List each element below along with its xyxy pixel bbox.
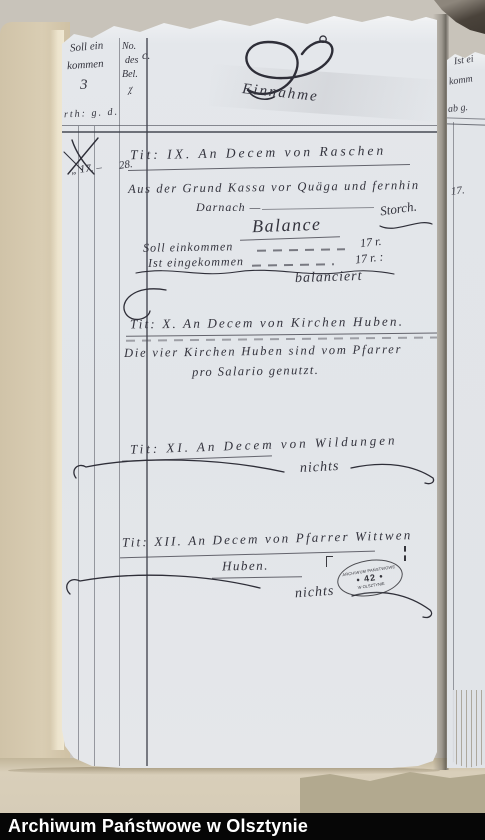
balance-underline — [240, 236, 340, 240]
balance-row-label: Soll einkommen — [143, 240, 234, 254]
calligraphic-flourish-icon — [202, 30, 352, 114]
signature-flourish-icon — [376, 214, 436, 234]
next-page-sliver: Ist ei komm ab g. 17. — [447, 50, 485, 768]
section-heading-tit10: Tit: X. An Decem von Kirchen Huben. — [130, 315, 404, 331]
ledger-col2-label: des — [125, 56, 138, 66]
deckle-edge — [50, 30, 64, 750]
fill-rule-line — [262, 207, 374, 210]
archive-caption-bar: Archiwum Państwowe w Olsztynie — [0, 813, 485, 840]
tit12-note: nichts — [295, 585, 335, 602]
ruled-line — [78, 126, 79, 766]
ruled-line — [447, 117, 485, 119]
ledger-col2-label: No. — [122, 42, 136, 52]
next-page-fragment: ab g. — [448, 103, 469, 115]
ledger-col1-mark: 3 — [80, 78, 88, 93]
archive-caption-text: Archiwum Państwowe w Olsztynie — [8, 816, 308, 836]
ledger-col1-units: rth: g. d. — [64, 108, 119, 121]
tit9-body-line: Aus der Grund Kassa vor Quäga und fernhi… — [128, 179, 420, 196]
swash-flourish-icon — [62, 566, 264, 602]
ruled-line — [62, 125, 437, 126]
section-heading-tit12: Tit: XII. An Decem von Pfarrer Wittwen — [122, 528, 413, 549]
corner-note: c. — [142, 49, 150, 61]
fill-dashes — [257, 248, 345, 252]
section-heading-tit11: Tit: XI. An Decem von Wildungen — [130, 433, 398, 455]
stacked-page-edges — [452, 690, 485, 768]
heading-underline — [128, 164, 410, 171]
balance-row-amount: 17 r. — [359, 235, 381, 249]
heading-underline-dashed — [126, 336, 456, 341]
ruled-line — [453, 122, 454, 762]
tit11-note: nichts — [300, 460, 340, 476]
ruled-line — [62, 131, 437, 133]
archival-scan-viewer: Ist ei komm ab g. 17. Soll ein kommen 3 … — [0, 0, 485, 840]
swash-flourish-icon — [70, 454, 288, 484]
ledger-col2-label: ⁒ — [127, 87, 132, 97]
next-page-amount: 17. — [450, 185, 465, 197]
ruled-line — [94, 126, 95, 766]
balance-title: Balance — [252, 215, 322, 235]
next-page-fragment: komm — [448, 74, 473, 87]
underlying-page-bottom-right — [300, 772, 485, 816]
next-page-fragment: Ist ei — [453, 55, 474, 68]
balance-result: balanciert — [295, 270, 363, 286]
stamp-bracket-mark — [326, 556, 333, 557]
section-heading-tit9: Tit: IX. An Decem von Raschen — [130, 144, 386, 162]
tit10-body-line: Die vier Kirchen Huben sind vom Pfarrer — [124, 343, 402, 359]
ledger-col1-label: kommen — [67, 59, 104, 73]
ledger-col1-label: Soll ein — [70, 41, 104, 55]
tit9-body-line: Darnach — — [196, 201, 261, 213]
tit10-body-line: pro Salario genutzt. — [192, 364, 319, 379]
swash-flourish-icon — [347, 460, 437, 486]
ledger-col2-label: Bel. — [122, 70, 138, 80]
manuscript-page: Soll ein kommen 3 rth: g. d. No. des Bel… — [62, 14, 437, 768]
stamp-bracket-mark — [326, 556, 327, 567]
ruled-line — [119, 38, 120, 766]
stamp-tick-mark — [404, 546, 408, 561]
